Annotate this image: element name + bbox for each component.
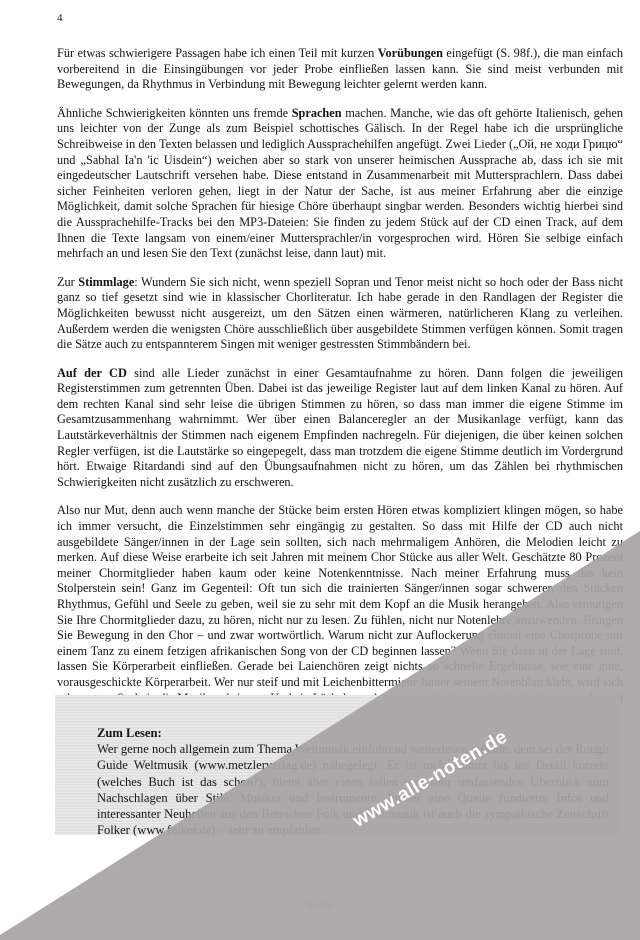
paragraph-keyword: Stimmlage	[78, 275, 134, 289]
reading-box: Zum Lesen: Wer gerne noch allgemein zum …	[55, 695, 620, 835]
paragraph-stimmlage: Zur Stimmlage: Wundern Sie sich nicht, w…	[57, 275, 623, 353]
paragraph-sprachen: Ähnliche Schwierigkeiten könnten uns fre…	[57, 106, 623, 262]
paragraph-mut: Also nur Mut, denn auch wenn manche der …	[57, 503, 623, 721]
paragraph-cd: Auf der CD sind alle Lieder zunächst in …	[57, 366, 623, 491]
paragraph-text: : Wundern Sie sich nicht, wenn speziell …	[57, 275, 623, 351]
footer-code: BE 468	[0, 900, 640, 910]
paragraph-text: Für etwas schwierigere Passagen habe ich…	[57, 46, 378, 60]
reading-box-content: Zum Lesen: Wer gerne noch allgemein zum …	[97, 725, 609, 838]
paragraph-text: machen. Manche, wie das oft gehörte Ital…	[57, 106, 623, 260]
reading-box-title: Zum Lesen:	[97, 725, 609, 741]
paragraph-text: sind alle Lieder zunächst in einer Gesam…	[57, 366, 623, 489]
paragraph-keyword: Auf der CD	[57, 366, 127, 380]
paragraph-keyword: Vorübungen	[378, 46, 443, 60]
paragraph-vorubungen: Für etwas schwierigere Passagen habe ich…	[57, 46, 623, 93]
page-number: 4	[57, 12, 63, 24]
paragraph-keyword: Sprachen	[292, 106, 342, 120]
reading-box-text: Wer gerne noch allgemein zum Thema Weltm…	[97, 741, 609, 838]
paragraph-text: Also nur Mut, denn auch wenn manche der …	[57, 503, 623, 720]
body-text: Für etwas schwierigere Passagen habe ich…	[57, 46, 623, 735]
paragraph-text: Ähnliche Schwierigkeiten könnten uns fre…	[57, 106, 292, 120]
paragraph-text: Zur	[57, 275, 78, 289]
